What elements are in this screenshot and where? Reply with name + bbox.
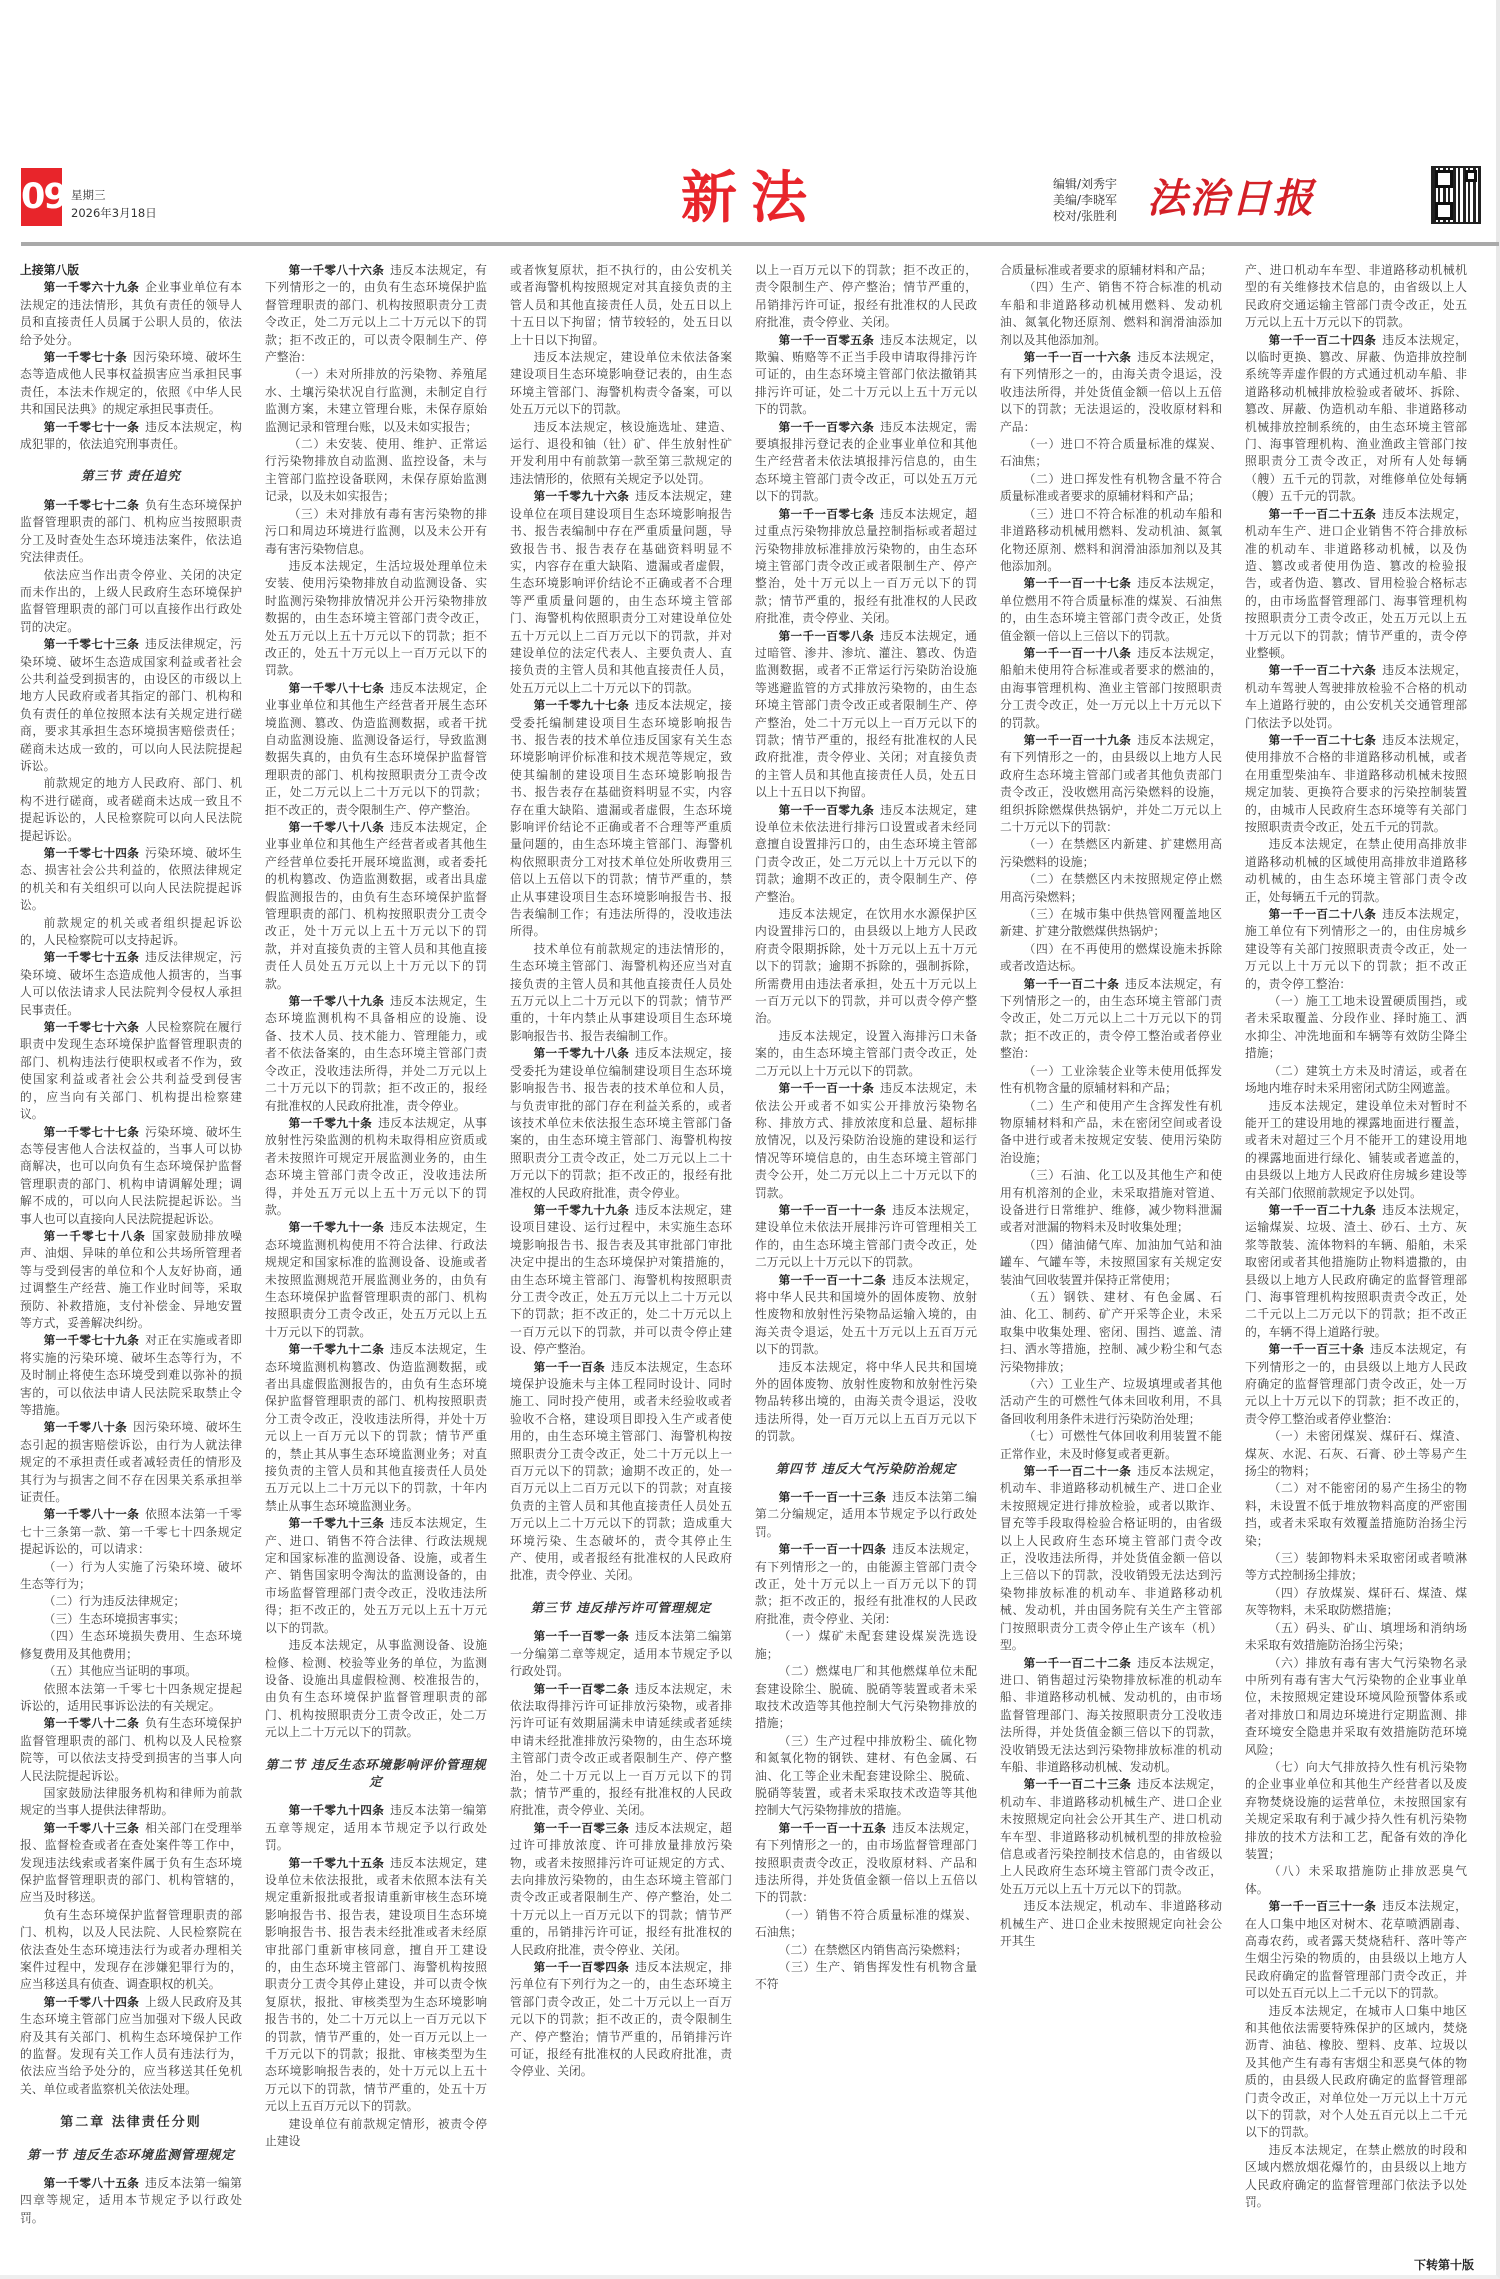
article-paragraph: 第一千零九十五条违反本法规定，建设单位未依法报批，或者未依照本法有关规定重新报批… — [265, 1855, 487, 2116]
article-number: 第一千一百零三条 — [534, 1821, 630, 1835]
article-paragraph: 第一千一百一十六条违反本法规定，有下列情形之一的，由海关责令退运，没收违法所得，… — [1000, 349, 1222, 436]
article-number: 第一千一百二十条 — [1024, 977, 1120, 991]
article-number: 第一千一百二十九条 — [1269, 1203, 1377, 1217]
article-paragraph: 第一千零七十三条违反法律规定，污染环境、破坏生态造成国家利益或者社会公共利益受到… — [20, 636, 242, 775]
list-item: （二）燃煤电厂和其他燃煤单位未配套建设除尘、脱硫、脱硝等装置或者未采取技术改造等… — [755, 1663, 977, 1733]
article-number: 第一千零九十三条 — [289, 1516, 385, 1530]
article-number: 第一千一百一十四条 — [779, 1542, 887, 1556]
article-text: 违反本法规定，超过许可排放浓度、许可排放量排放污染物，或者未按照排污许可证规定的… — [510, 1821, 732, 1957]
article-number: 第一千零九十一条 — [289, 1220, 385, 1234]
column-3: 或者恢复原状，拒不执行的，由公安机关或者海警机构按照规定对其直接负责的主管人员和… — [510, 262, 732, 2252]
article-paragraph: 第一千零八十一条依照本法第一千零七十三条第一款、第一千零七十四条规定提起诉讼的，… — [20, 1506, 242, 1558]
list-item: （五）码头、矿山、填埋场和消纳场未采取有效措施防治扬尘污染； — [1245, 1620, 1467, 1655]
article-paragraph: 第一千零八十四条上级人民政府及其生态环境主管部门应当加强对下级人民政府及其有关部… — [20, 1994, 242, 2098]
article-paragraph: 第一千一百二十五条违反本法规定，机动车生产、进口企业销售不符合排放标准的机动车、… — [1245, 506, 1467, 663]
body-paragraph: 违反本法规定，在禁止使用高排放非道路移动机械的区域使用高排放非道路移动机械的，由… — [1245, 836, 1467, 906]
article-number: 第一千一百二十二条 — [1024, 1656, 1132, 1670]
list-item: （一）未对所排放的污染物、养殖尾水、土壤污染状况自行监测，未制定自行监测方案，未… — [265, 366, 487, 436]
article-paragraph: 第一千一百零二条违反本法规定，未依法取得排污许可证排放污染物，或者排污许可证有效… — [510, 1681, 732, 1820]
article-text: 违反本法规定，生态环境监测机构不具备相应的设施、设备、技术人员、技术能力、管理能… — [265, 994, 487, 1112]
article-number: 第一千零九十条 — [289, 1116, 373, 1130]
article-paragraph: 第一千一百二十一条违反本法规定，机动车、非道路移动机械生产、进口企业未按照规定进… — [1000, 1463, 1222, 1654]
list-item: （四）储油储气库、加油加气站和油罐车、气罐车等，未按照国家有关规定安装油气回收装… — [1000, 1237, 1222, 1289]
article-paragraph: 第一千零九十一条违反本法规定，生态环境监测机构使用不符合法律、行政法规规定和国家… — [265, 1219, 487, 1341]
article-text: 违反本法规定，企业事业单位和其他生产经营者或者其他生产经营单位委托开展环境监测，… — [265, 820, 487, 991]
article-paragraph: 第一千一百零四条违反本法规定，排污单位有下列行为之一的，由生态环境主管部门责令改… — [510, 1959, 732, 2081]
article-paragraph: 第一千零八十九条违反本法规定，生态环境监测机构不具备相应的设施、设备、技术人员、… — [265, 993, 487, 1115]
article-text: 违反本法规定，机动车、非道路移动机械生产、进口企业未按照规定向社会公开其生产、进… — [1000, 1777, 1222, 1895]
newspaper-page: 09 星期三 2026年3月18日 新法 编辑/刘秀宇 美编/李晓军 校对/张胜… — [0, 0, 1500, 2279]
body-paragraph: 违反本法规定，在城市人口集中地区和其他依法需要特殊保护的区域内，焚烧沥青、油毡、… — [1245, 2003, 1467, 2142]
article-number: 第一千一百零一条 — [534, 1629, 630, 1643]
article-number: 第一千一百二十一条 — [1024, 1464, 1132, 1478]
list-item: （二）未安装、使用、维护、正常运行污染物排放自动监测、监控设备，未与主管部门监控… — [265, 436, 487, 506]
credit-proofreader: 校对/张胜利 — [1053, 208, 1117, 224]
article-number: 第一千一百三十一条 — [1269, 1899, 1377, 1913]
article-number: 第一千一百条 — [534, 1360, 606, 1374]
credit-art-editor: 美编/李晓军 — [1053, 192, 1117, 208]
article-number: 第一千零八十五条 — [44, 2176, 140, 2190]
article-text: 违反法律规定，污染环境、破坏生态造成国家利益或者社会公共利益受到损害的，由设区的… — [20, 637, 242, 773]
article-text: 违反本法规定，机动车生产、进口企业销售不符合排放标准的机动车、非道路移动机械，以… — [1245, 507, 1467, 660]
body-paragraph: 违反本法规定，核设施选址、建造、运行、退役和铀（钍）矿、伴生放射性矿开发利用中有… — [510, 419, 732, 489]
article-paragraph: 第一千零七十一条违反本法规定，构成犯罪的，依法追究刑事责任。 — [20, 419, 242, 454]
list-item: （二）行为违反法律规定； — [20, 1593, 242, 1610]
article-paragraph: 第一千零九十四条违反本法第一编第五章等规定，适用本节规定予以行政处罚。 — [265, 1802, 487, 1854]
article-paragraph: 第一千零八十二条负有生态环境保护监督管理职责的部门、机构以及人民检察院等，可以依… — [20, 1715, 242, 1785]
article-number: 第一千零八十四条 — [44, 1995, 140, 2009]
list-item: （三）石油、化工以及其他生产和使用有机溶剂的企业，未采取措施对管道、设备进行日常… — [1000, 1167, 1222, 1237]
article-paragraph: 第一千零九十八条违反本法规定，接受委托为建设单位编制建设项目生态环境影响报告书、… — [510, 1045, 732, 1202]
article-number: 第一千一百一十五条 — [779, 1821, 887, 1835]
article-paragraph: 第一千零八十三条相关部门在受理举报、监督检查或者在查处案件等工作中，发现违法线索… — [20, 1820, 242, 1907]
list-item: （一）煤矿未配套建设煤炭洗选设施； — [755, 1628, 977, 1663]
article-paragraph: 第一千一百一十七条违反本法规定，单位燃用不符合质量标准的煤炭、石油焦的，由生态环… — [1000, 575, 1222, 645]
article-paragraph: 第一千一百零七条违反本法规定，超过重点污染物排放总量控制指标或者超过污染物排放标… — [755, 506, 977, 628]
body-paragraph: 国家鼓励法律服务机构和律师为前款规定的当事人提供法律帮助。 — [20, 1785, 242, 1820]
body-paragraph: 违反本法规定，在禁止燃放的时段和区域内燃放烟花爆竹的，由县级以上地方人民政府确定… — [1245, 2142, 1467, 2212]
list-item: （五）钢铁、建材、有色金属、石油、化工、制药、矿产开采等企业，未采取集中收集处理… — [1000, 1289, 1222, 1376]
list-item: （一）未密闭煤炭、煤矸石、煤渣、煤灰、水泥、石灰、石膏、砂土等易产生扬尘的物料； — [1245, 1428, 1467, 1480]
list-item: （六）工业生产、垃圾填埋或者其他活动产生的可燃性气体未回收利用，不具备回收利用条… — [1000, 1376, 1222, 1428]
article-paragraph: 第一千零六十九条企业事业单位有本法规定的违法情形，其负有责任的领导人员和直接责任… — [20, 279, 242, 349]
article-text: 违反本法规定，从事放射性污染监测的机构未取得相应资质或者未按照许可规定开展监测业… — [265, 1116, 487, 1217]
section-heading: 第三节 责任追究 — [20, 467, 242, 484]
article-paragraph: 第一千一百一十九条违反本法规定，有下列情形之一的，由县级以上地方人民政府生态环境… — [1000, 732, 1222, 836]
article-text: 违反本法规定，建设单位在项目建设项目生态环境影响报告书、报告表编制中存在严重质量… — [510, 489, 732, 694]
article-paragraph: 第一千一百条违反本法规定，生态环境保护设施未与主体工程同时设计、同时施工、同时投… — [510, 1359, 732, 1585]
article-number: 第一千一百二十八条 — [1269, 907, 1377, 921]
article-paragraph: 第一千零九十条违反本法规定，从事放射性污染监测的机构未取得相应资质或者未按照许可… — [265, 1115, 487, 1219]
article-text: 违反本法规定，生态环境监测机构篡改、伪造监测数据，或者出具虚假监测报告的，由负有… — [265, 1342, 487, 1513]
article-number: 第一千零九十七条 — [534, 698, 630, 712]
article-number: 第一千一百一十六条 — [1024, 350, 1132, 364]
article-paragraph: 第一千零九十九条违反本法规定，建设项目建设、运行过程中，未实施生态环境影响报告书… — [510, 1202, 732, 1359]
list-item: （二）在禁燃区内未按照规定停止燃用高污染燃料； — [1000, 871, 1222, 906]
article-text: 违反本法规定，生态环境监测机构使用不符合法律、行政法规规定和国家标准的监测设备、… — [265, 1220, 487, 1338]
article-paragraph: 第一千一百零一条违反本法第二编第一分编第二章等规定，适用本节规定予以行政处罚。 — [510, 1628, 732, 1680]
article-text: 国家鼓励排放噪声、油烟、异味的单位和公共场所管理者等与受到侵害的单位和个人友好协… — [20, 1229, 242, 1330]
article-paragraph: 第一千一百一十三条违反本法第二编第二分编规定，适用本节规定予以行政处罚。 — [755, 1489, 977, 1541]
issue-date: 2026年3月18日 — [71, 204, 157, 222]
article-paragraph: 第一千一百二十条违反本法规定，有下列情形之一的，由生态环境主管部门责令改正，处二… — [1000, 976, 1222, 1063]
continued-on-next-page: 下转第十版 — [1414, 2256, 1474, 2273]
article-number: 第一千一百二十四条 — [1269, 333, 1377, 347]
article-number: 第一千一百零七条 — [779, 507, 875, 521]
list-item: （二）建筑土方未及时清运，或者在场地内堆存时未采用密闭式防尘网遮盖。 — [1245, 1063, 1467, 1098]
article-number: 第一千零九十四条 — [289, 1803, 385, 1817]
body-paragraph: 违反本法规定，生活垃圾处理单位未安装、使用污染物排放自动监测设备、实时监测污染物… — [265, 558, 487, 680]
article-number: 第一千一百一十一条 — [779, 1203, 887, 1217]
article-paragraph: 第一千一百二十八条违反本法规定，施工单位有下列情形之一的，由住房城乡建设等有关部… — [1245, 906, 1467, 993]
list-item: （二）对不能密闭的易产生扬尘的物料，未设置不低于堆放物料高度的严密围挡，或者未采… — [1245, 1480, 1467, 1550]
article-paragraph: 第一千一百一十八条违反本法规定，船舶未使用符合标准或者要求的燃油的，由海事管理机… — [1000, 645, 1222, 732]
article-paragraph: 第一千零九十二条违反本法规定，生态环境监测机构篡改、伪造监测数据，或者出具虚假监… — [265, 1341, 487, 1515]
article-text: 违反本法规定，使用排放不合格的非道路移动机械，或者在用重型柴油车、非道路移动机械… — [1245, 733, 1467, 834]
section-title: 新法 — [681, 166, 821, 232]
column-6: 产、进口机动车车型、非道路移动机械机型的有关维修技术信息的，由省级以上人民政府交… — [1245, 262, 1467, 2252]
article-text: 违反本法规定，有下列情形之一的，由负有生态环境保护监督管理职责的部门、机构按照职… — [265, 263, 487, 364]
article-number: 第一千零八十三条 — [44, 1821, 140, 1835]
list-item: （八）未采取措施防止排放恶臭气体。 — [1245, 1863, 1467, 1898]
article-number: 第一千一百二十七条 — [1269, 733, 1377, 747]
column-5: 合质量标准或者要求的原辅材料和产品；（四）生产、销售不符合标准的机动车船和非道路… — [1000, 262, 1222, 2252]
body-paragraph: 技术单位有前款规定的违法情形的，生态环境主管部门、海警机构还应当对直接负责的主管… — [510, 941, 732, 1045]
article-paragraph: 第一千零七十五条违反法律规定，污染环境、破坏生态造成他人损害的，当事人可以依法请… — [20, 949, 242, 1019]
masthead: 09 星期三 2026年3月18日 新法 编辑/刘秀宇 美编/李晓军 校对/张胜… — [21, 166, 1500, 246]
article-text: 违反本法规定，接受委托编制建设项目生态环境影响报告书、报告表的技术单位违反国家有… — [510, 698, 732, 938]
column-2: 第一千零八十六条违反本法规定，有下列情形之一的，由负有生态环境保护监督管理职责的… — [265, 262, 487, 2252]
body-paragraph: 违反本法规定，从事监测设备、设施检修、检测、校验等业务的单位，为监测设备、设施出… — [265, 1637, 487, 1741]
section-heading: 第二节 违反生态环境影响评价管理规定 — [265, 1756, 487, 1791]
body-paragraph: 违反本法规定，建设单位未依法备案建设项目生态环境影响登记表的，由生态环境主管部门… — [510, 349, 732, 419]
article-number: 第一千零八十条 — [44, 1420, 128, 1434]
article-number: 第一千零七十五条 — [44, 950, 140, 964]
article-number: 第一千一百一十三条 — [779, 1490, 887, 1504]
list-item: （三）在城市集中供热管网覆盖地区新建、扩建分散燃煤供热锅炉； — [1000, 906, 1222, 941]
article-text: 违反本法规定，在人口集中地区对树木、花草喷洒剧毒、高毒农药，或者露天焚烧秸秆、落… — [1245, 1899, 1467, 2000]
body-paragraph: 或者恢复原状，拒不执行的，由公安机关或者海警机构按照规定对其直接负责的主管人员和… — [510, 262, 732, 349]
article-paragraph: 第一千零七十七条污染环境、破坏生态等侵害他人合法权益的，当事人可以协商解决，也可… — [20, 1124, 242, 1228]
article-columns: 上接第八版第一千零六十九条企业事业单位有本法规定的违法情形，其负有责任的领导人员… — [20, 262, 1480, 2262]
list-item: （一）行为人实施了污染环境、破坏生态等行为； — [20, 1559, 242, 1594]
article-paragraph: 第一千零九十七条违反本法规定，接受委托编制建设项目生态环境影响报告书、报告表的技… — [510, 697, 732, 941]
body-paragraph: 前款规定的地方人民政府、部门、机构不进行磋商，或者磋商未达成一致且不提起诉讼的，… — [20, 775, 242, 845]
list-item: （三）装卸物料未采取密闭或者喷淋等方式控制扬尘排放； — [1245, 1550, 1467, 1585]
article-number: 第一千一百零五条 — [779, 333, 875, 347]
article-paragraph: 第一千一百一十五条违反本法规定，有下列情形之一的，由市场监督管理部门按照职责责令… — [755, 1820, 977, 1907]
article-paragraph: 第一千一百一十四条违反本法规定，有下列情形之一的，由能源主管部门责令改正，处十万… — [755, 1541, 977, 1628]
article-number: 第一千一百一十条 — [779, 1081, 875, 1095]
article-paragraph: 第一千零七十八条国家鼓励排放噪声、油烟、异味的单位和公共场所管理者等与受到侵害的… — [20, 1228, 242, 1332]
article-number: 第一千零九十二条 — [289, 1342, 385, 1356]
article-paragraph: 第一千一百一十条违反本法规定，未依法公开或者不如实公开排放污染物名称、排放方式、… — [755, 1080, 977, 1202]
weekday: 星期三 — [71, 186, 157, 204]
article-text: 违反本法规定，建设单位未依法进行排污口设置或者未经同意擅自设置排污口的，由生态环… — [755, 803, 977, 904]
chapter-heading: 第二章 法律责任分则 — [20, 2114, 242, 2131]
article-paragraph: 第一千零九十六条违反本法规定，建设单位在项目建设项目生态环境影响报告书、报告表编… — [510, 488, 732, 697]
date-block: 星期三 2026年3月18日 — [71, 186, 157, 222]
body-paragraph: 建设单位有前款规定情形，被责令停止建设 — [265, 2116, 487, 2151]
article-text: 人民检察院在履行职责中发现生态环境保护监督管理职责的部门、机构违法行使职权或者不… — [20, 1020, 242, 1121]
article-number: 第一千零九十九条 — [534, 1203, 630, 1217]
list-item: （七）向大气排放持久性有机污染物的企业事业单位和其他生产经营者以及废弃物焚烧设施… — [1245, 1759, 1467, 1863]
article-paragraph: 第一千零七十四条污染环境、破坏生态、损害社会公共利益的，依照法律规定的机关和有关… — [20, 845, 242, 915]
article-number: 第一千零七十九条 — [44, 1333, 140, 1347]
list-item: （一）进口不符合质量标准的煤炭、石油焦； — [1000, 436, 1222, 471]
column-1: 上接第八版第一千零六十九条企业事业单位有本法规定的违法情形，其负有责任的领导人员… — [20, 262, 242, 2252]
article-paragraph: 第一千零七十九条对正在实施或者即将实施的污染环境、破坏生态等行为，不及时制止将使… — [20, 1332, 242, 1419]
article-text: 违反本法规定，进口、销售超过污染物排放标准的机动车船、非道路移动机械、发动机的，… — [1000, 1656, 1222, 1774]
article-text: 违反本法规定，生态环境保护设施未与主体工程同时设计、同时施工、同时投产使用，或者… — [510, 1360, 732, 1583]
article-text: 违反本法规定，以临时更换、篡改、屏蔽、伪造排放控制系统等弄虚作假的方式通过机动车… — [1245, 333, 1467, 504]
body-paragraph: 前款规定的机关或者组织提起诉讼的，人民检察院可以支持起诉。 — [20, 915, 242, 950]
article-number: 第一千零九十八条 — [534, 1046, 630, 1060]
article-number: 第一千零七十七条 — [44, 1125, 140, 1139]
article-number: 第一千零七十三条 — [44, 637, 140, 651]
list-item: （三）生产、销售挥发性有机物含量不符 — [755, 1959, 977, 1994]
article-text: 违反本法规定，超过重点污染物排放总量控制指标或者超过污染物排放标准排放污染物的，… — [755, 507, 977, 625]
article-number: 第一千一百一十七条 — [1024, 576, 1132, 590]
article-text: 违反本法规定，生产、进口、销售不符合法律、行政法规规定和国家标准的监测设备、设施… — [265, 1516, 487, 1634]
article-paragraph: 第一千一百零五条违反本法规定，以欺骗、贿赂等不正当手段申请取得排污许可证的，由生… — [755, 332, 977, 419]
article-text: 违反本法规定，机动车、非道路移动机械生产、进口企业未按照规定进行排放检验，或者以… — [1000, 1464, 1222, 1652]
article-text: 上级人民政府及其生态环境主管部门应当加强对下级人民政府及其有关部门、机构生态环境… — [20, 1995, 242, 2096]
list-item: （一）施工工地未设置硬质围挡，或者未采取覆盖、分段作业、择时施工、洒水抑尘、冲洗… — [1245, 993, 1467, 1063]
list-item: （一）在禁燃区内新建、扩建燃用高污染燃料的设施； — [1000, 836, 1222, 871]
body-paragraph: 违反本法规定，机动车、非道路移动机械生产、进口企业未按照规定向社会公开其生 — [1000, 1898, 1222, 1950]
list-item: （一）工业涂装企业等未使用低挥发性有机物含量的原辅材料和产品； — [1000, 1063, 1222, 1098]
article-number: 第一千零九十六条 — [534, 489, 630, 503]
body-paragraph: 负有生态环境保护监督管理职责的部门、机构，以及人民法院、人民检察院在依法查处生态… — [20, 1907, 242, 1994]
article-number: 第一千一百二十三条 — [1024, 1777, 1132, 1791]
article-paragraph: 第一千一百零八条违反本法规定，通过暗管、渗井、渗坑、灌注、篡改、伪造监测数据，或… — [755, 628, 977, 802]
list-item: （三）生产过程中排放粉尘、硫化物和氮氧化物的钢铁、建材、有色金属、石油、化工等企… — [755, 1733, 977, 1820]
body-paragraph: 以上一百万元以下的罚款；拒不改正的，责令限制生产、停产整治；情节严重的，吊销排污… — [755, 262, 977, 332]
article-number: 第一千一百二十六条 — [1269, 663, 1377, 677]
article-number: 第一千零七十八条 — [44, 1229, 147, 1243]
page-number-badge: 09 — [21, 168, 62, 226]
list-item: （三）进口不符合标准的机动车船和非道路移动机械用燃料、发动机油、氮氧化物还原剂、… — [1000, 506, 1222, 576]
list-item: （一）销售不符合质量标准的煤炭、石油焦； — [755, 1907, 977, 1942]
article-paragraph: 第一千一百零六条违反本法规定，需要填报排污登记表的企业事业单位和其他生产经营者未… — [755, 419, 977, 506]
body-paragraph: 合质量标准或者要求的原辅材料和产品； — [1000, 262, 1222, 279]
article-number: 第一千一百零二条 — [534, 1682, 630, 1696]
article-number: 第一千一百二十五条 — [1269, 507, 1377, 521]
article-paragraph: 第一千一百二十四条违反本法规定，以临时更换、篡改、屏蔽、伪造排放控制系统等弄虚作… — [1245, 332, 1467, 506]
article-paragraph: 第一千一百二十三条违反本法规定，机动车、非道路移动机械生产、进口企业未按照规定向… — [1000, 1776, 1222, 1898]
list-item: （二）进口挥发性有机物含量不符合质量标准或者要求的原辅材料和产品； — [1000, 471, 1222, 506]
article-paragraph: 第一千零八十五条违反本法第一编第四章等规定，适用本节规定予以行政处罚。 — [20, 2175, 242, 2227]
list-item: （二）生产和使用产生含挥发性有机物原辅材料和产品，未在密闭空间或者设备中进行或者… — [1000, 1098, 1222, 1168]
article-number: 第一千一百零六条 — [779, 420, 875, 434]
article-paragraph: 第一千一百零三条违反本法规定，超过许可排放浓度、许可排放量排放污染物，或者未按照… — [510, 1820, 732, 1959]
article-number: 第一千零八十一条 — [44, 1507, 140, 1521]
article-paragraph: 第一千一百三十条违反本法规定，有下列情形之一的，由县级以上地方人民政府确定的监督… — [1245, 1341, 1467, 1428]
article-number: 第一千零八十八条 — [289, 820, 385, 834]
article-number: 第一千零八十九条 — [289, 994, 385, 1008]
article-number: 第一千一百零四条 — [534, 1960, 630, 1974]
column-4: 以上一百万元以下的罚款；拒不改正的，责令限制生产、停产整治；情节严重的，吊销排污… — [755, 262, 977, 2252]
article-number: 第一千一百零八条 — [779, 629, 875, 643]
article-paragraph: 第一千零八十八条违反本法规定，企业事业单位和其他生产经营者或者其他生产经营单位委… — [265, 819, 487, 993]
section-heading: 第三节 违反排污许可管理规定 — [510, 1599, 732, 1616]
article-paragraph: 第一千一百二十六条违反本法规定，机动车驾驶人驾驶排放检验不合格的机动车上道路行驶… — [1245, 662, 1467, 732]
article-number: 第一千一百一十九条 — [1024, 733, 1132, 747]
section-heading: 第四节 违反大气污染防治规定 — [755, 1460, 977, 1477]
body-paragraph: 违反本法规定，将中华人民共和国境外的固体废物、放射性废物和放射性污染物品转移出境… — [755, 1359, 977, 1446]
article-number: 第一千一百一十八条 — [1024, 646, 1132, 660]
article-number: 第一千零八十二条 — [44, 1716, 140, 1730]
article-paragraph: 第一千零八十六条违反本法规定，有下列情形之一的，由负有生态环境保护监督管理职责的… — [265, 262, 487, 366]
article-paragraph: 第一千一百二十二条违反本法规定，进口、销售超过污染物排放标准的机动车船、非道路移… — [1000, 1655, 1222, 1777]
list-item: （三）生态环境损害事实； — [20, 1611, 242, 1628]
credit-editor: 编辑/刘秀宇 — [1053, 176, 1117, 192]
list-item: （四）存放煤炭、煤矸石、煤渣、煤灰等物料，未采取防燃措施； — [1245, 1585, 1467, 1620]
article-paragraph: 第一千一百二十七条违反本法规定，使用排放不合格的非道路移动机械，或者在用重型柴油… — [1245, 732, 1467, 836]
article-number: 第一千零七十一条 — [44, 420, 140, 434]
list-item: （二）在禁燃区内销售高污染燃料； — [755, 1942, 977, 1959]
article-paragraph: 第一千零七十二条负有生态环境保护监督管理职责的部门、机构应当按照职责分工及时查处… — [20, 497, 242, 567]
article-number: 第一千零八十七条 — [289, 681, 385, 695]
body-paragraph: 依照本法第一千零七十四条规定提起诉讼的，适用民事诉讼法的有关规定。 — [20, 1681, 242, 1716]
article-paragraph: 第一千零八十条因污染环境、破坏生态引起的损害赔偿诉讼，由行为人就法律规定的不承担… — [20, 1419, 242, 1506]
article-number: 第一千零七十条 — [44, 350, 128, 364]
article-text: 违反本法规定，未依法取得排污许可证排放污染物，或者排污许可证有效期届满未申请延续… — [510, 1682, 732, 1818]
list-item: （四）生产、销售不符合标准的机动车船和非道路移动机械用燃料、发动机油、氮氧化物还… — [1000, 279, 1222, 349]
article-paragraph: 第一千一百一十一条违反本法规定，建设单位未依法开展排污许可管理相关工作的，由生态… — [755, 1202, 977, 1272]
article-text: 违反本法规定，接受委托为建设单位编制建设项目生态环境影响报告书、报告表的技术单位… — [510, 1046, 732, 1199]
article-number: 第一千一百一十二条 — [779, 1273, 887, 1287]
body-paragraph: 违反本法规定，设置入海排污口未备案的，由生态环境主管部门责令改正，处二万元以上十… — [755, 1028, 977, 1080]
article-number: 第一千零七十六条 — [44, 1020, 140, 1034]
body-paragraph: 产、进口机动车车型、非道路移动机械机型的有关维修技术信息的，由省级以上人民政府交… — [1245, 262, 1467, 332]
article-text: 违反本法规定，运输煤炭、垃圾、渣土、砂石、土方、灰浆等散装、流体物料的车辆、船舶… — [1245, 1203, 1467, 1339]
article-text: 违反本法规定，通过暗管、渗井、渗坑、灌注、篡改、伪造监测数据，或者不正常运行污染… — [755, 629, 977, 800]
article-text: 违反本法规定，未依法公开或者不如实公开排放污染物名称、排放方式、排放浓度和总量、… — [755, 1081, 977, 1199]
list-item: （三）未对排放有毒有害污染物的排污口和周边环境进行监测，以及未公开有毒有害污染物… — [265, 506, 487, 558]
article-paragraph: 第一千一百二十九条违反本法规定，运输煤炭、垃圾、渣土、砂石、土方、灰浆等散装、流… — [1245, 1202, 1467, 1341]
list-item: （四）生态环境损失费用、生态环境修复费用及其他费用； — [20, 1628, 242, 1663]
article-text: 违反本法规定，建设单位未依法报批，或者未依照本法有关规定重新报批或者报请重新审核… — [265, 1856, 487, 2114]
qr-code-icon[interactable] — [1431, 166, 1481, 224]
masthead-divider — [21, 242, 1499, 246]
article-text: 违反本法规定，建设项目建设、运行过程中，未实施生态环境影响报告书、报告表及其审批… — [510, 1203, 732, 1356]
section-heading: 第一节 违反生态环境监测管理规定 — [20, 2146, 242, 2163]
body-paragraph: 违反本法规定，建设单位未对暂时不能开工的建设用地的裸露地面进行覆盖，或者未对超过… — [1245, 1098, 1467, 1202]
continued-from-label: 上接第八版 — [20, 262, 242, 279]
body-paragraph: 违反本法规定，在饮用水水源保护区内设置排污口的，由县级以上地方人民政府责令限期拆… — [755, 906, 977, 1028]
list-item: （六）排放有毒有害大气污染物名录中所列有毒有害大气污染物的企业事业单位，未按照规… — [1245, 1655, 1467, 1759]
body-paragraph: 依法应当作出责令停业、关闭的决定而未作出的，上级人民政府生态环境保护监督管理职责… — [20, 567, 242, 637]
article-text: 污染环境、破坏生态等侵害他人合法权益的，当事人可以协商解决，也可以向负有生态环境… — [20, 1125, 242, 1226]
article-paragraph: 第一千零七十条因污染环境、破坏生态等造成他人民事权益损害应当承担民事责任，本法未… — [20, 349, 242, 419]
article-number: 第一千一百零九条 — [779, 803, 875, 817]
article-number: 第一千零八十六条 — [289, 263, 385, 277]
article-paragraph: 第一千零七十六条人民检察院在履行职责中发现生态环境保护监督管理职责的部门、机构违… — [20, 1019, 242, 1123]
article-number: 第一千零六十九条 — [44, 280, 140, 294]
list-item: （五）其他应当证明的事项。 — [20, 1663, 242, 1680]
article-paragraph: 第一千零八十七条违反本法规定，企业事业单位和其他生产经营者开展生态环境监测、篡改… — [265, 680, 487, 819]
list-item: （七）可燃性气体回收利用装置不能正常作业，未及时修复或者更新。 — [1000, 1428, 1222, 1463]
staff-credits: 编辑/刘秀宇 美编/李晓军 校对/张胜利 — [1053, 176, 1117, 224]
article-text: 违反本法规定，排污单位有下列行为之一的，由生态环境主管部门责令改正，处二十万元以… — [510, 1960, 732, 2078]
article-paragraph: 第一千零九十三条违反本法规定，生产、进口、销售不符合法律、行政法规规定和国家标准… — [265, 1515, 487, 1637]
article-number: 第一千零九十五条 — [289, 1856, 385, 1870]
article-text: 违反本法规定，企业事业单位和其他生产经营者开展生态环境监测、篡改、伪造监测数据，… — [265, 681, 487, 817]
article-text: 违反本法规定，有下列情形之一的，由县级以上地方人民政府生态环境主管部门或者其他负… — [1000, 733, 1222, 834]
list-item: （四）在不再使用的燃煤设施未拆除或者改造达标。 — [1000, 941, 1222, 976]
article-paragraph: 第一千一百三十一条违反本法规定，在人口集中地区对树木、花草喷洒剧毒、高毒农药，或… — [1245, 1898, 1467, 2002]
article-paragraph: 第一千一百零九条违反本法规定，建设单位未依法进行排污口设置或者未经同意擅自设置排… — [755, 802, 977, 906]
article-number: 第一千零七十二条 — [44, 498, 140, 512]
article-paragraph: 第一千一百一十二条违反本法规定，将中华人民共和国境外的固体废物、放射性废物和放射… — [755, 1272, 977, 1359]
newspaper-logo: 法治日报 — [1147, 174, 1315, 224]
article-number: 第一千一百三十条 — [1269, 1342, 1365, 1356]
article-number: 第一千零七十四条 — [44, 846, 140, 860]
